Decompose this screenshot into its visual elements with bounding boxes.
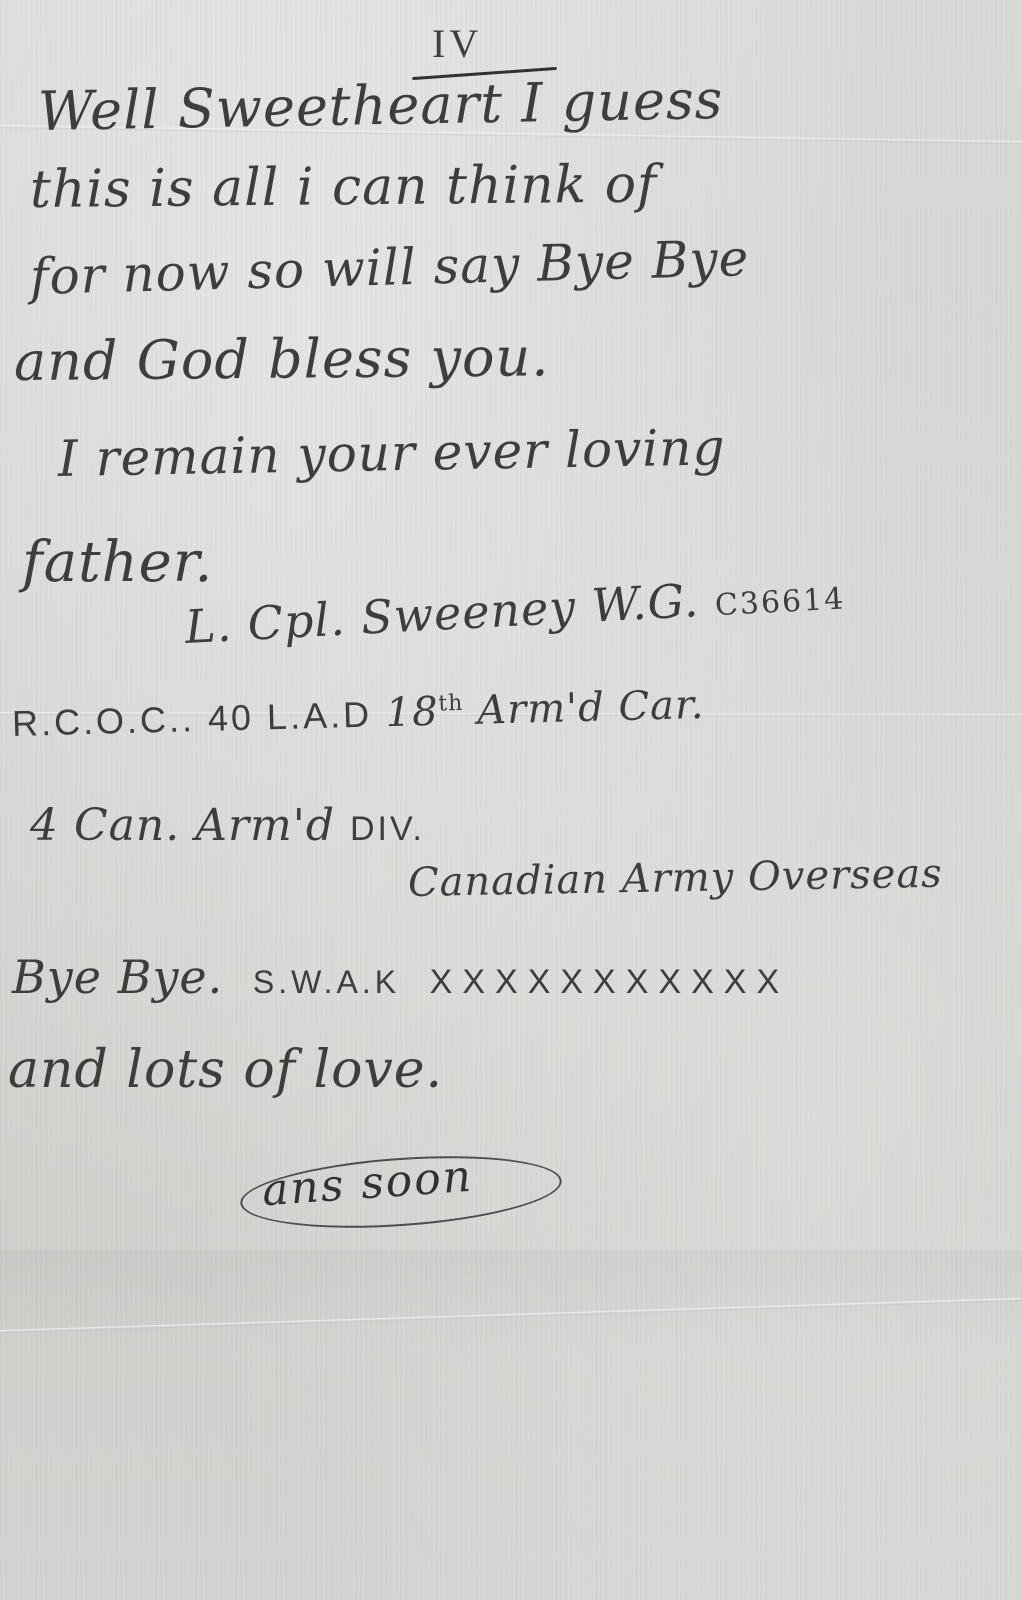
signature-line: L. Cpl. Sweeney W.G. C36614	[184, 565, 847, 654]
paper-shadow	[0, 1250, 1022, 1350]
unit-ordinal: 18	[385, 689, 439, 736]
letter-line: I remain your ever loving	[57, 418, 725, 488]
division-code: DIV.	[350, 810, 425, 848]
letter-line: Well Sweetheart I guess	[37, 68, 723, 143]
letter-page: IV Well Sweetheart I guess this is all i…	[0, 0, 1022, 1600]
unit-code: R.C.O.C.. 40 L.A.D	[11, 694, 372, 744]
service-number: C36614	[714, 581, 846, 623]
signature-name: L. Cpl. Sweeney W.G.	[184, 573, 701, 654]
unit-ordinal-suffix: th	[438, 691, 464, 717]
letter-line: this is all i can think of	[30, 155, 658, 220]
letter-line: father.	[22, 530, 213, 595]
closing-line: Bye Bye. S.W.A.K XXXXXXXXXXX	[12, 950, 789, 1004]
letter-line: for now so will say Bye Bye	[29, 229, 750, 306]
division-prefix: 4 Can. Arm'd	[30, 800, 335, 851]
unit-name: Arm'd Car.	[477, 682, 705, 734]
kisses-marks: XXXXXXXXXXX	[430, 963, 789, 1001]
page-number: IV	[432, 20, 482, 67]
love-line: and lots of love.	[8, 1040, 443, 1100]
farewell-text: Bye Bye.	[12, 950, 223, 1004]
address-army-line: Canadian Army Overseas	[408, 851, 944, 906]
swak-text: S.W.A.K	[253, 964, 400, 1000]
address-unit-line: R.C.O.C.. 40 L.A.D 18th Arm'd Car.	[11, 682, 705, 746]
letter-line: and God bless you.	[14, 325, 550, 393]
address-division-line: 4 Can. Arm'd DIV.	[30, 800, 425, 851]
